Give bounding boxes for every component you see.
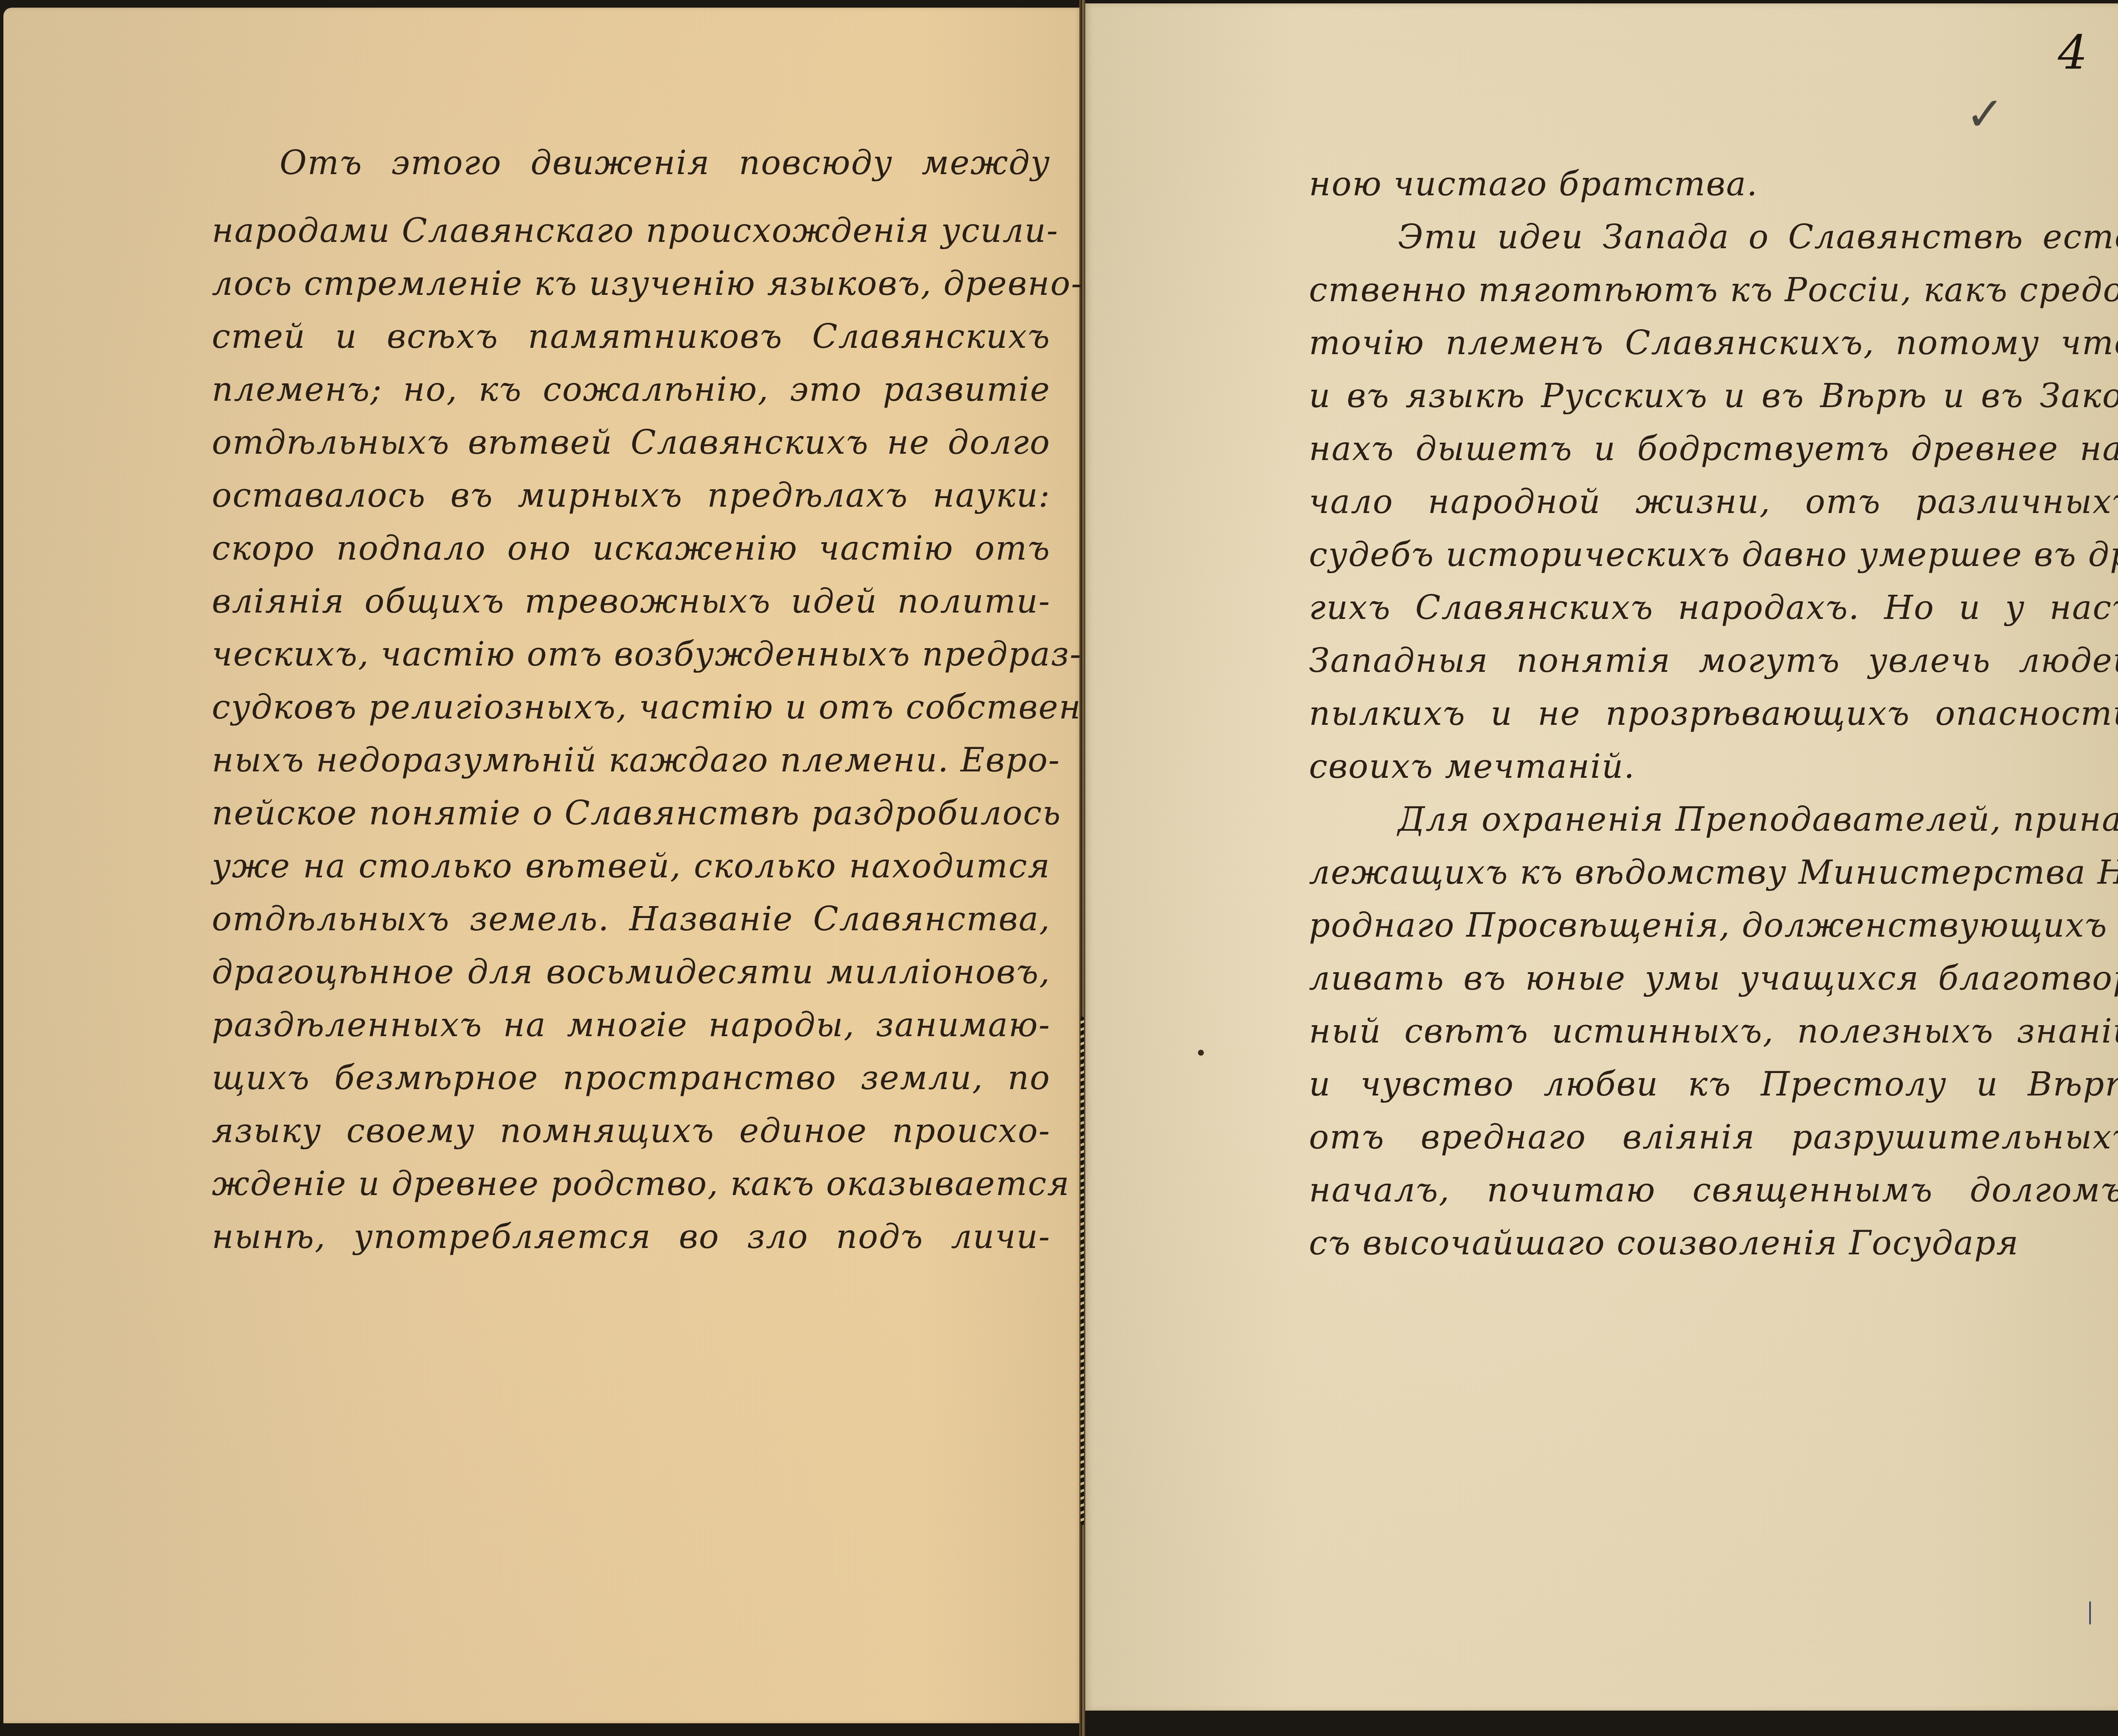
left-text-line: пейское понятіе о Славянствѣ раздробилос…	[212, 792, 1051, 835]
left-text-line: судковъ религіозныхъ, частію и отъ собст…	[212, 686, 1051, 729]
left-text-line: вліянія общихъ тревожныхъ идей полити-	[212, 580, 1051, 623]
right-text-line: своихъ мечтаній.	[1309, 746, 2118, 788]
right-text-line: чало народной жизни, отъ различныхъ	[1309, 481, 2118, 523]
right-text-line: и въ языкѣ Русскихъ и въ Вѣрѣ и въ Зако-	[1309, 375, 2118, 417]
right-text-line: отъ вреднаго вліянія разрушительныхъ	[1309, 1116, 2118, 1159]
ink-spot	[1198, 1050, 1204, 1056]
right-text-line: и чувство любви къ Престолу и Вѣрѣ	[1309, 1063, 2118, 1106]
right-text-line: ливать въ юные умы учащихся благотвор	[1309, 957, 2118, 1000]
left-text-line: ческихъ, частію отъ возбужденныхъ предра…	[212, 633, 1051, 676]
right-text-line: ный свѣтъ истинныхъ, полезныхъ знаній	[1309, 1010, 2118, 1053]
right-text-line: роднаго Просвѣщенія, долженствующихъ про…	[1309, 904, 2118, 947]
right-text-line: судебъ историческихъ давно умершее въ др…	[1309, 534, 2118, 576]
left-text-line: уже на столько вѣтвей, сколько находится	[212, 845, 1051, 887]
left-text-line: драгоцѣнное для восьмидесяти милліоновъ,	[212, 951, 1051, 993]
right-text-line: съ высочайшаго соизволенія Государя	[1309, 1222, 2118, 1265]
left-text-line: народами Славянскаго происхожденія усили…	[212, 210, 1051, 252]
left-text-line: раздѣленныхъ на многіе народы, занимаю-	[212, 1004, 1051, 1046]
right-text-line: ственно тяготѣютъ къ Россіи, какъ средо-	[1309, 269, 2118, 311]
binding-thread	[1081, 1017, 1084, 1525]
left-text-line: ныхъ недоразумѣній каждаго племени. Евро…	[212, 739, 1051, 782]
left-text-line: скоро подпало оно искаженію частію отъ	[212, 527, 1051, 570]
right-text-line: лежащихъ къ вѣдомству Министерства На-	[1309, 851, 2118, 894]
folio-page-number: 4	[2058, 25, 2088, 80]
right-text-line: началъ, почитаю священнымъ долгомъ,	[1309, 1169, 2118, 1212]
pencil-tick-mark	[2089, 1601, 2091, 1625]
right-text-line: Эти идеи Запада о Славянствѣ есте	[1398, 216, 2118, 258]
left-text-line: жденіе и древнее родство, какъ оказывает…	[212, 1163, 1051, 1205]
left-text-line: отдѣльныхъ вѣтвей Славянскихъ не долго	[212, 422, 1051, 464]
left-text-line: отдѣльныхъ земель. Названіе Славянства,	[212, 898, 1051, 940]
pencil-check-mark-icon: ✓	[1966, 87, 2004, 141]
right-text-line: нахъ дышетъ и бодрствуетъ древнее на-	[1309, 428, 2118, 470]
left-text-line: стей и всѣхъ памятниковъ Славянскихъ	[212, 316, 1051, 358]
right-text-line: Для охраненія Преподавателей, принад-	[1398, 799, 2118, 841]
left-text-line: Отъ этого движенія повсюду между	[280, 142, 1051, 184]
left-text-line: лось стремленіе къ изученію языковъ, дре…	[212, 263, 1051, 305]
right-text-line: точію племенъ Славянскихъ, потому что	[1309, 322, 2118, 364]
left-text-line: нынѣ, употребляется во зло подъ личи-	[212, 1216, 1051, 1258]
right-text-line: Западныя понятія могутъ увлечь людей	[1309, 640, 2118, 682]
left-text-line: племенъ; но, къ сожалѣнію, это развитіе	[212, 369, 1051, 411]
right-text-line: пылкихъ и не прозрѣвающихъ опасности	[1309, 693, 2118, 735]
left-text-line: оставалось въ мирныхъ предѣлахъ науки:	[212, 474, 1051, 517]
left-text-line: щихъ безмѣрное пространство земли, по	[212, 1057, 1051, 1099]
right-text-line: ною чистаго братства.	[1309, 163, 2118, 205]
right-text-line: гихъ Славянскихъ народахъ. Но и у насъ	[1309, 587, 2118, 629]
left-text-line: языку своему помнящихъ единое происхо-	[212, 1110, 1051, 1152]
